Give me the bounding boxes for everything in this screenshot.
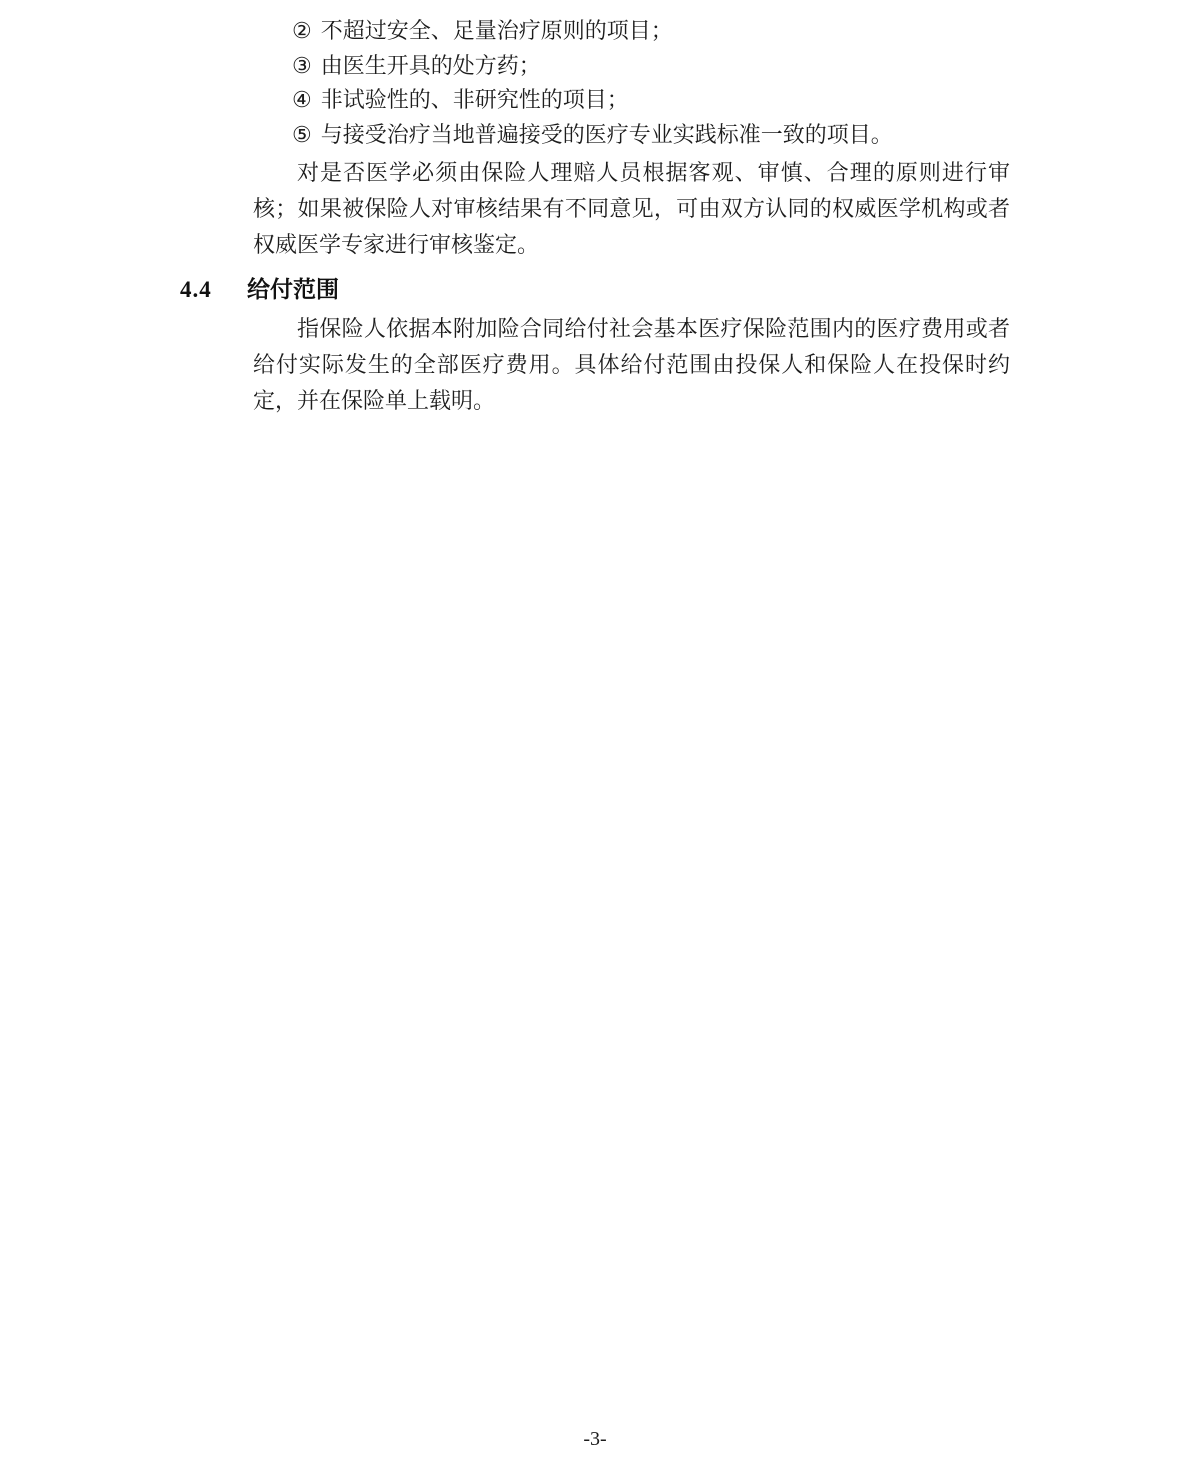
page-number: -3-: [583, 1428, 606, 1450]
list-item: ②不超过安全、足量治疗原则的项目；: [292, 14, 1010, 49]
document-content: ②不超过安全、足量治疗原则的项目； ③由医生开具的处方药； ④非试验性的、非研究…: [253, 14, 1010, 419]
paragraph-medical-review: 对是否医学必须由保险人理赔人员根据客观、审慎、合理的原则进行审核；如果被保险人对…: [253, 155, 1010, 263]
section-title: 给付范围: [247, 277, 339, 302]
list-item-text: 与接受治疗当地普遍接受的医疗专业实践标准一致的项目。: [321, 122, 893, 147]
list-item: ③由医生开具的处方药；: [292, 49, 1010, 84]
list-item: ⑤与接受治疗当地普遍接受的医疗专业实践标准一致的项目。: [292, 118, 1010, 153]
list-item: ④非试验性的、非研究性的项目；: [292, 83, 1010, 118]
list-item-marker: ⑤: [292, 118, 312, 153]
numbered-list: ②不超过安全、足量治疗原则的项目； ③由医生开具的处方药； ④非试验性的、非研究…: [253, 14, 1010, 152]
section-heading: 4.4给付范围: [180, 272, 1010, 308]
paragraph-payment-scope: 指保险人依据本附加险合同给付社会基本医疗保险范围内的医疗费用或者给付实际发生的全…: [253, 311, 1010, 419]
list-item-marker: ②: [292, 14, 312, 49]
section-number: 4.4: [180, 272, 247, 308]
list-item-text: 由医生开具的处方药；: [321, 53, 541, 78]
document-page: ②不超过安全、足量治疗原则的项目； ③由医生开具的处方药； ④非试验性的、非研究…: [0, 0, 1190, 1476]
list-item-marker: ④: [292, 83, 312, 118]
page-footer: -3-: [0, 1428, 1190, 1451]
list-item-text: 不超过安全、足量治疗原则的项目；: [321, 18, 673, 43]
list-item-marker: ③: [292, 49, 312, 84]
list-item-text: 非试验性的、非研究性的项目；: [321, 87, 629, 112]
